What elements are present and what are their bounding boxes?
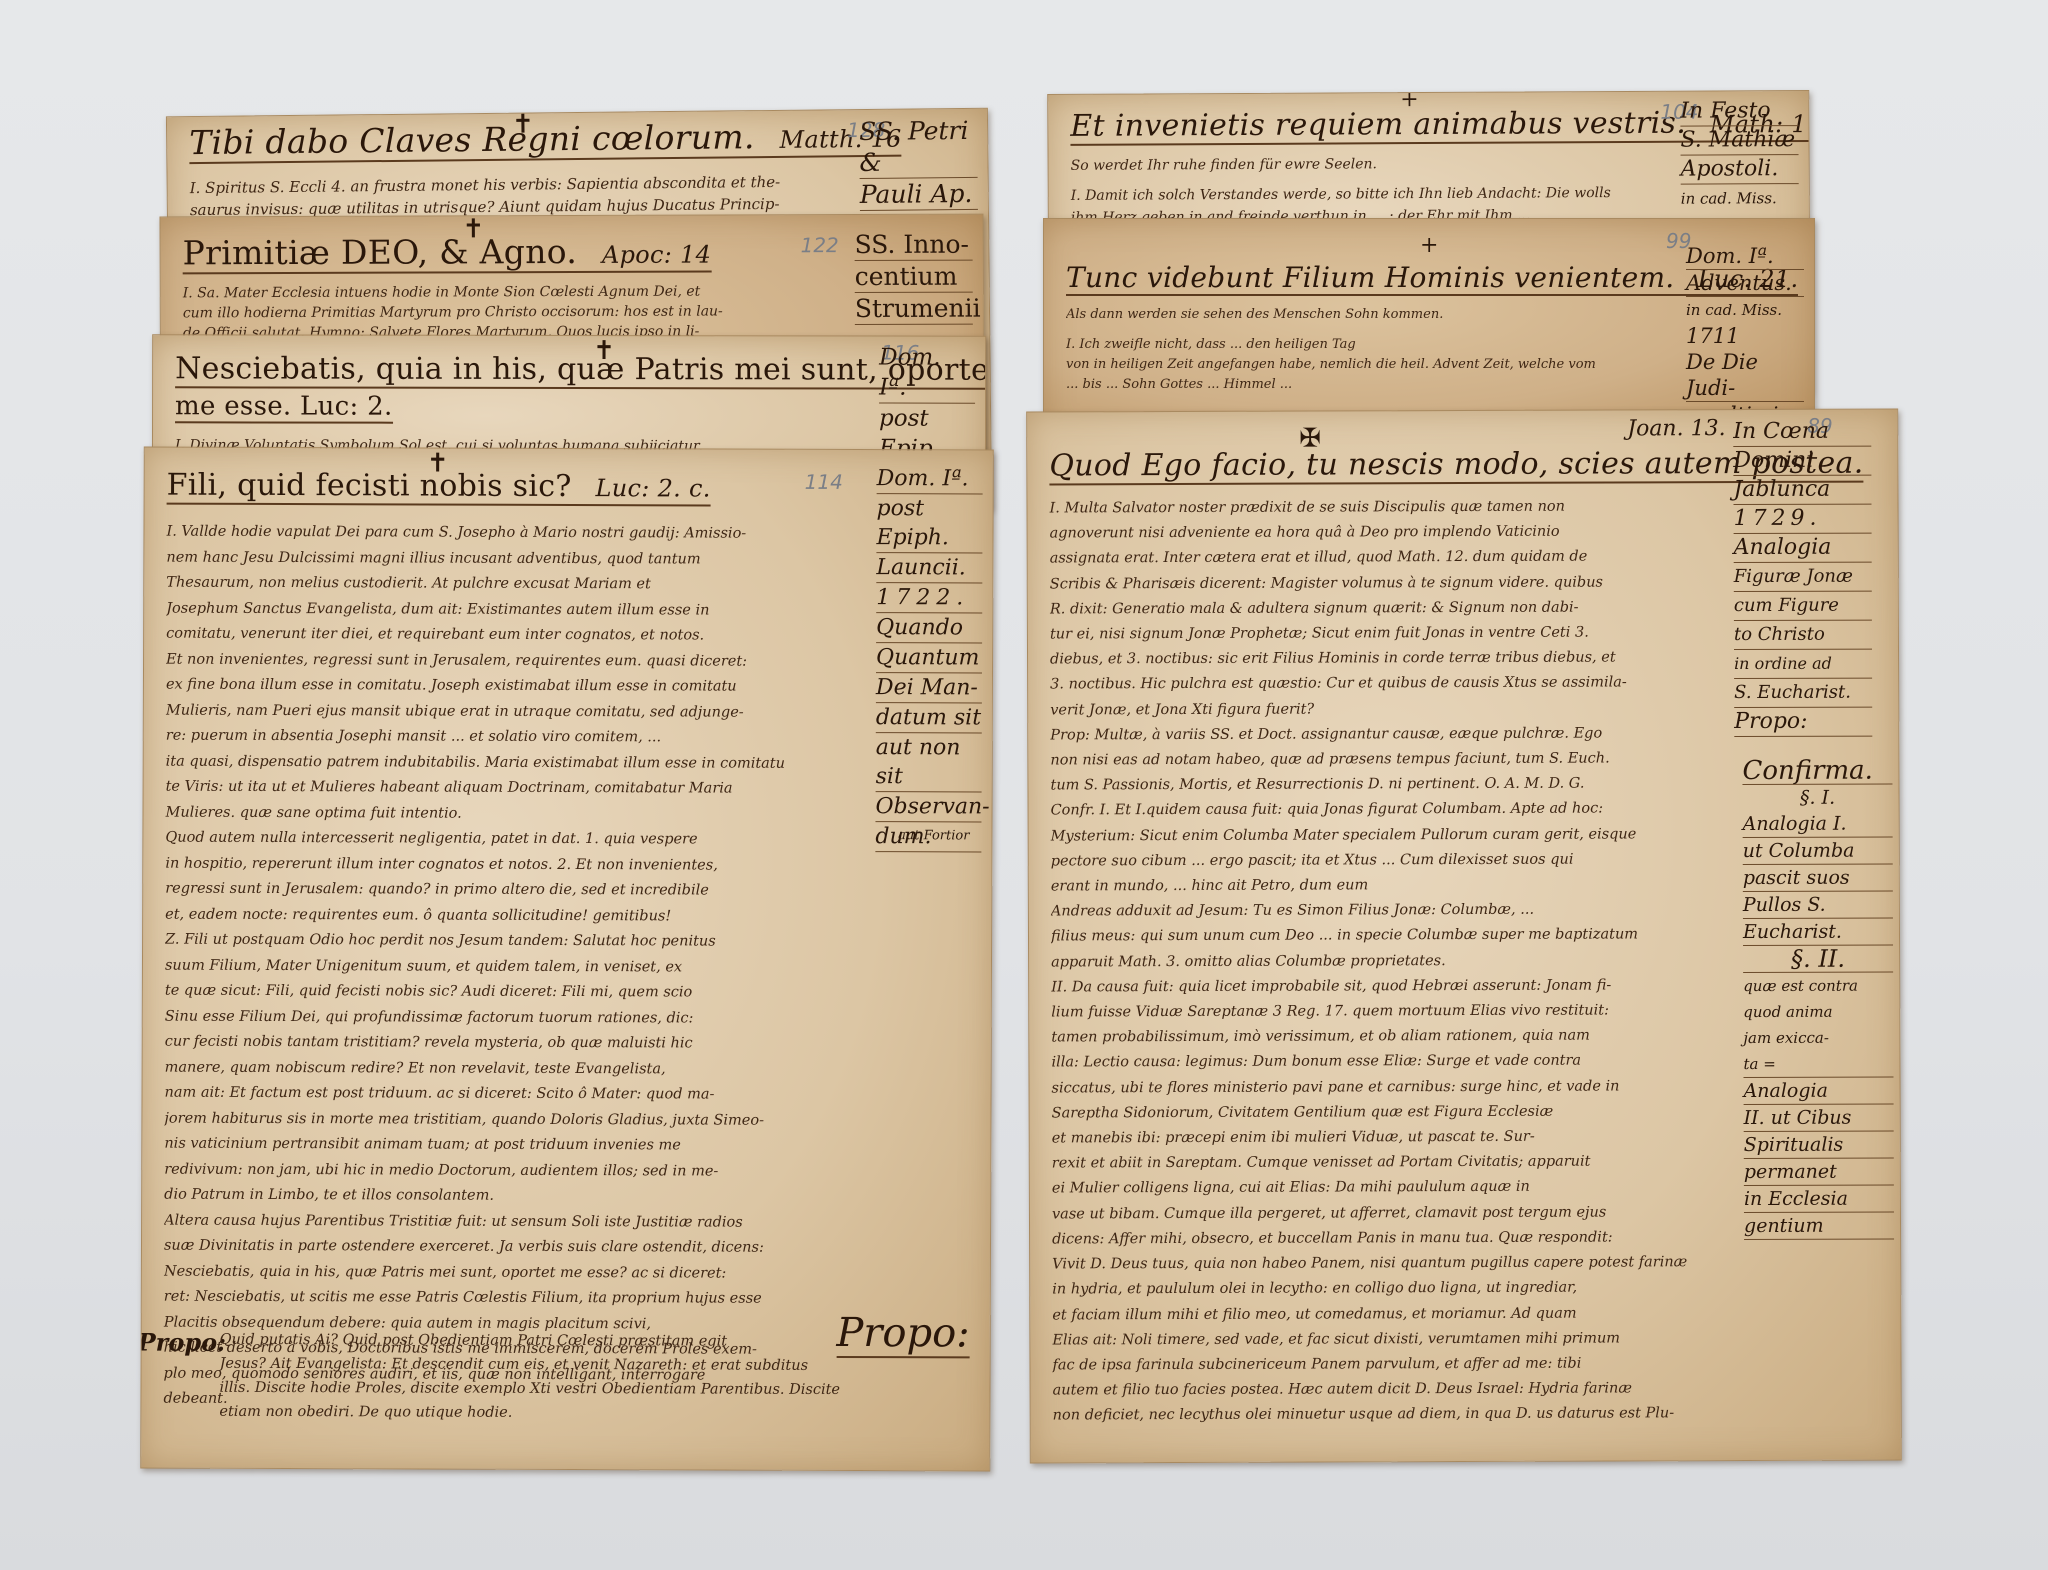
sheet-body-text: Als dann werden sie sehen des Menschen S… xyxy=(1066,305,1684,395)
closing-label: Propo: xyxy=(140,1328,226,1357)
cross-icon: ✝ xyxy=(593,336,615,366)
manuscript-sheet-fili-quid-fecisti: Fili, quid fecisti nobis sic? Luc: 2. c.… xyxy=(140,447,994,1472)
cross-icon: + xyxy=(1420,233,1438,258)
margin-heading: SS. Inno- centium Strumenii xyxy=(855,229,973,325)
sheet-title: Primitiæ DEO, & Agno. Apoc: 14 xyxy=(183,232,712,275)
cross-icon: ✠ xyxy=(1299,423,1321,453)
manuscript-sheet-tunc-videbunt: Tunc videbunt Filium Hominis venientem. … xyxy=(1043,218,1815,440)
margin-heading: Dom. Iª. post Epiph. Launcii. 1722. Quan… xyxy=(875,464,982,852)
closing-margin: Propo: xyxy=(836,1310,969,1358)
closing-text: Quid putatis Ai? Quid post Obedientiam P… xyxy=(219,1328,839,1426)
margin-heading: In Cœna Domini Jablunca 1729. Analogia F… xyxy=(1733,418,1872,737)
cross-icon: ✝ xyxy=(427,449,449,479)
sheet-title: Tibi dabo Claves Regni cœlorum. Matth. 1… xyxy=(189,116,902,164)
margin-heading: In Festo S. Mathiæ Apostoli. in cad. Mis… xyxy=(1680,97,1799,213)
manuscript-sheet-quod-ego-facio: Quod Ego facio, tu nescis modo, scies au… xyxy=(1026,408,1902,1463)
side-note: aut Fortior xyxy=(898,828,969,843)
cross-icon: ✝ xyxy=(512,109,534,139)
scripture-ref: Joan. 13. xyxy=(1627,416,1725,441)
margin-heading: Dom. Iª. Adventus. in cad. Miss. 1711 De… xyxy=(1686,243,1804,429)
sheet-title: Nesciebatis, quia in his, quæ Patris mei… xyxy=(175,351,986,389)
margin-outline: Confirma. §. I. Analogia I. ut Columba p… xyxy=(1742,758,1894,1241)
pencil-page-number: 114 xyxy=(805,470,843,494)
pencil-page-number: 122 xyxy=(801,233,839,257)
sheet-body-text: I. Vallde hodie vapulat Dei para cum S. … xyxy=(163,520,844,1415)
sheet-body-text: I. Multa Salvator noster prædixit de se … xyxy=(1049,494,1732,1429)
cross-icon: + xyxy=(1400,90,1419,112)
sheet-title-line2: me esse. Luc: 2. xyxy=(175,391,393,423)
cross-icon: ✝ xyxy=(462,214,484,244)
